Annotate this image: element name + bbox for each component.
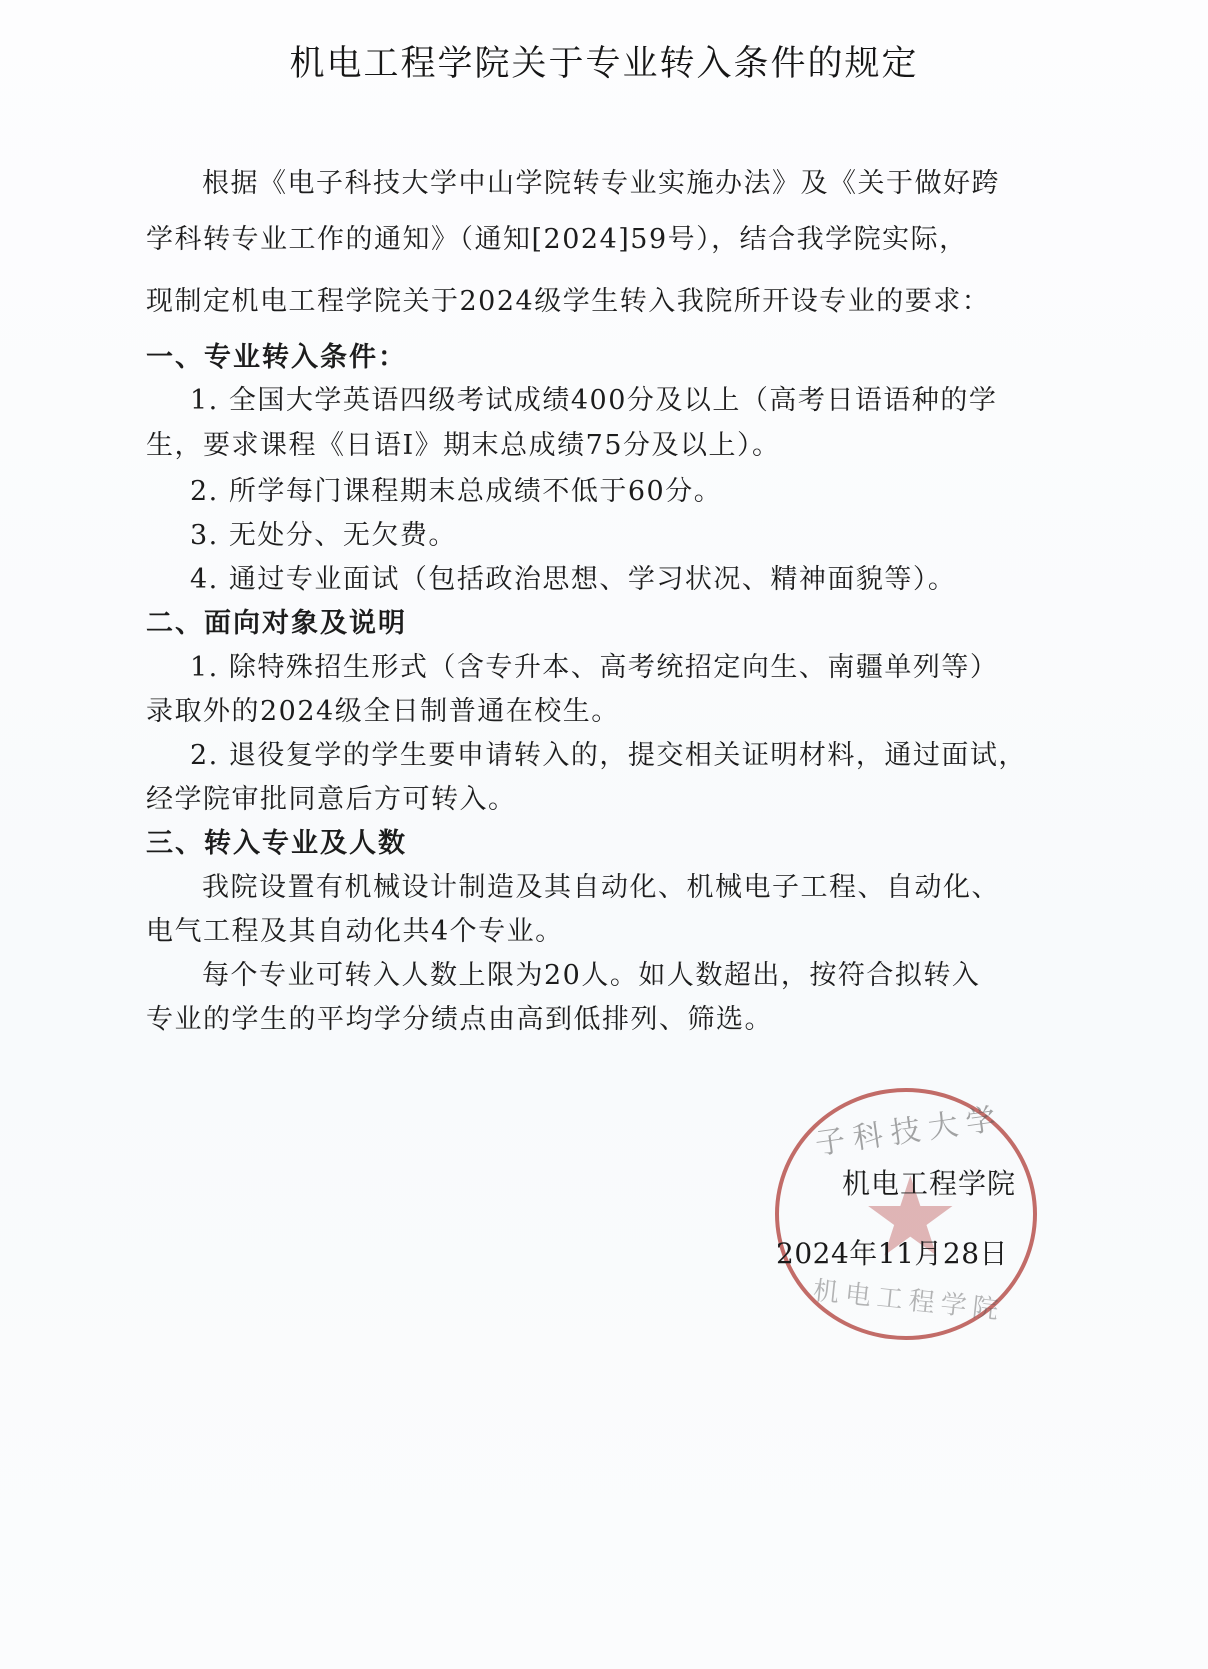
intro-line-3: 现制定机电工程学院关于2024级学生转入我院所开设专业的要求： bbox=[146, 284, 990, 320]
section-2-item-2-cont: 经学院审批同意后方可转入。 bbox=[146, 782, 517, 818]
section-3-para-1: 我院设置有机械设计制造及其自动化、机械电子工程、自动化、 bbox=[202, 870, 1000, 906]
section-2-item-1-cont: 录取外的2024级全日制普通在校生。 bbox=[146, 694, 620, 730]
section-2-item-1: 1. 除特殊招生形式（含专升本、高考统招定向生、南疆单列等） bbox=[190, 650, 998, 686]
section-3-para-1-cont: 电气工程及其自动化共4个专业。 bbox=[146, 914, 564, 950]
document-page: 机电工程学院关于专业转入条件的规定 根据《电子科技大学中山学院转专业实施办法》及… bbox=[0, 0, 1208, 1669]
section-3-para-2: 每个专业可转入人数上限为20人。如人数超出，按符合拟转入 bbox=[202, 958, 980, 994]
section-2-heading: 二、面向对象及说明 bbox=[146, 606, 407, 642]
section-3-para-2-cont: 专业的学生的平均学分绩点由高到低排列、筛选。 bbox=[146, 1002, 773, 1038]
official-seal: 子科技大学 ★ 机电工程学院 bbox=[775, 1088, 1037, 1340]
section-1-item-1: 1. 全国大学英语四级考试成绩400分及以上（高考日语语种的学 bbox=[190, 383, 997, 419]
section-1-item-1-cont: 生，要求课程《日语Ⅰ》期末总成绩75分及以上）。 bbox=[146, 428, 781, 464]
section-1-item-2: 2. 所学每门课程期末总成绩不低于60分。 bbox=[190, 474, 722, 510]
section-2-item-2: 2. 退役复学的学生要申请转入的，提交相关证明材料，通过面试， bbox=[190, 738, 1027, 774]
section-1-heading: 一、专业转入条件： bbox=[146, 340, 407, 376]
section-1-item-4: 4. 通过专业面试（包括政治思想、学习状况、精神面貌等）。 bbox=[190, 562, 956, 598]
intro-line-2: 学科转专业工作的通知》（通知[2024]59号），结合我学院实际， bbox=[146, 222, 968, 258]
section-1-item-3: 3. 无处分、无欠费。 bbox=[190, 518, 457, 554]
document-title: 机电工程学院关于专业转入条件的规定 bbox=[0, 36, 1208, 86]
signature-date: 2024年11月28日 bbox=[776, 1232, 1008, 1272]
section-3-heading: 三、转入专业及人数 bbox=[146, 826, 407, 862]
intro-line-1: 根据《电子科技大学中山学院转专业实施办法》及《关于做好跨 bbox=[202, 166, 1000, 202]
signature-organization: 机电工程学院 bbox=[842, 1162, 1016, 1202]
